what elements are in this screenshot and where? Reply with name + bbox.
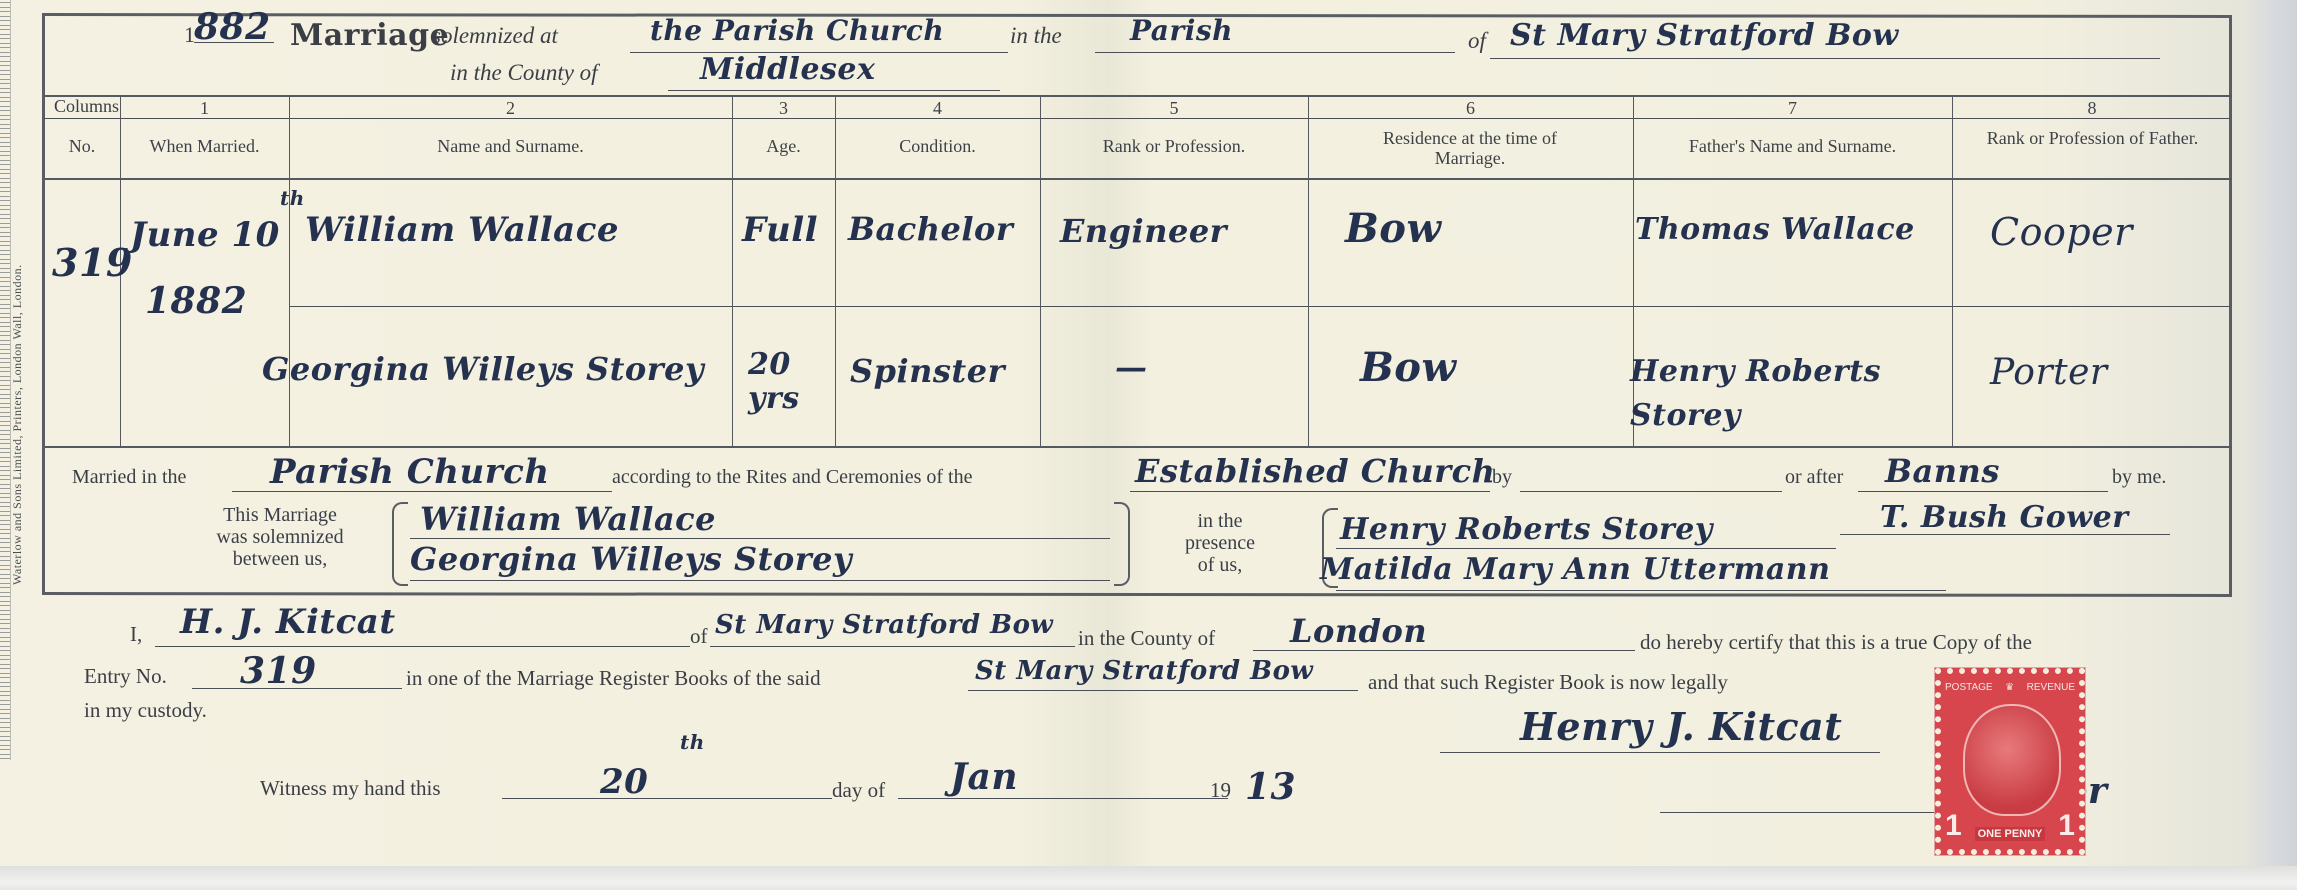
groom-father-name: Thomas Wallace bbox=[1635, 212, 1915, 247]
solemnized-at-label: solemnized at bbox=[432, 23, 558, 49]
stamp-value-left: 1 bbox=[1945, 811, 1962, 841]
entry-number: 319 bbox=[52, 240, 133, 285]
rites-value: Established Church bbox=[1135, 452, 1495, 490]
or-after-value: Banns bbox=[1885, 452, 2000, 490]
when-married-date: June 10 bbox=[130, 215, 280, 255]
stamp-caption: ONE PENNY bbox=[1975, 827, 2046, 841]
column-number-1: 1 bbox=[120, 98, 289, 119]
in-the-label: in the bbox=[1010, 23, 1062, 49]
register-value: St Mary Stratford Bow bbox=[975, 656, 1313, 686]
certify-text: do hereby certify that this is a true Co… bbox=[1640, 630, 2032, 655]
solemnized-at-value: the Parish Church bbox=[650, 14, 944, 47]
when-married-superscript: th bbox=[280, 186, 305, 210]
entry-no-value: 319 bbox=[240, 650, 317, 692]
day-of-label: day of bbox=[832, 778, 885, 803]
column-number-7: 7 bbox=[1633, 98, 1952, 119]
bride-father-rank: Porter bbox=[1990, 352, 2108, 393]
bride-condition: Spinster bbox=[850, 352, 1005, 390]
header-rank: Rank or Profession. bbox=[1040, 136, 1308, 156]
bride-father-name: Henry Roberts Storey bbox=[1630, 350, 1930, 438]
stamp-postage-label: POSTAGE bbox=[1945, 682, 1993, 693]
by-label: by bbox=[1492, 466, 1512, 489]
revenue-stamp: POSTAGE ♛ REVENUE 1 ONE PENNY 1 bbox=[1935, 668, 2085, 855]
title-marriage: Marriage bbox=[290, 18, 449, 53]
witness-2-signature: Matilda Mary Ann Uttermann bbox=[1320, 552, 1830, 587]
entry-no-label: Entry No. bbox=[84, 664, 167, 689]
married-in-value: Parish Church bbox=[270, 452, 550, 492]
of-label: of bbox=[1468, 28, 1486, 54]
header-residence: Residence at the time of Marriage. bbox=[1360, 128, 1580, 168]
party-groom-signature: William Wallace bbox=[420, 500, 716, 538]
header-age: Age. bbox=[732, 136, 835, 156]
custody-text: in my custody. bbox=[84, 698, 207, 723]
groom-name: William Wallace bbox=[305, 210, 619, 250]
year-prefix-printed: 19 bbox=[1210, 778, 1231, 803]
columns-label: Columns bbox=[54, 96, 119, 117]
page-shadow-bottom bbox=[0, 866, 2297, 890]
column-number-2: 2 bbox=[289, 98, 732, 119]
year-value: 13 bbox=[1245, 766, 1296, 808]
stamp-revenue-label: REVENUE bbox=[2027, 682, 2075, 693]
solemnized-between-label: This Marriage was solemnized between us, bbox=[200, 504, 360, 570]
day-superscript: th bbox=[680, 730, 705, 754]
groom-age: Full bbox=[742, 210, 818, 250]
day-value: 20 bbox=[600, 762, 648, 802]
groom-father-rank: Cooper bbox=[1990, 210, 2133, 254]
county-value: Middlesex bbox=[700, 52, 875, 87]
by-me-label: by me. bbox=[2112, 466, 2166, 489]
king-portrait-icon bbox=[1963, 704, 2061, 816]
column-number-6: 6 bbox=[1308, 98, 1633, 119]
or-after-label: or after bbox=[1785, 466, 1843, 489]
presence-label: in the presence of us, bbox=[1175, 510, 1265, 576]
header-no: No. bbox=[44, 136, 120, 156]
month-value: Jan bbox=[950, 756, 1018, 798]
header-when-married: When Married. bbox=[120, 136, 289, 156]
bride-residence: Bow bbox=[1360, 344, 1456, 391]
certifier-label: I, bbox=[130, 622, 142, 647]
header-name: Name and Surname. bbox=[289, 136, 732, 156]
party-bride-signature: Georgina Willeys Storey bbox=[410, 540, 852, 578]
of-value: St Mary Stratford Bow bbox=[1510, 18, 1899, 53]
column-number-3: 3 bbox=[732, 98, 835, 119]
officiant-signature: T. Bush Gower bbox=[1880, 500, 2129, 535]
when-married-year: 1882 bbox=[145, 280, 247, 322]
register-text: in one of the Marriage Register Books of… bbox=[406, 666, 821, 691]
cert-county-label: in the County of bbox=[1078, 626, 1215, 651]
column-number-4: 4 bbox=[835, 98, 1040, 119]
left-brace-icon bbox=[392, 502, 408, 586]
in-the-value: Parish bbox=[1130, 14, 1233, 47]
stamp-value-right: 1 bbox=[2058, 811, 2075, 841]
rites-label: according to the Rites and Ceremonies of… bbox=[612, 466, 972, 489]
witness-hand-label: Witness my hand this bbox=[260, 776, 441, 801]
groom-residence: Bow bbox=[1345, 205, 1441, 252]
column-number-8: 8 bbox=[1952, 98, 2232, 119]
right-brace-icon bbox=[1114, 502, 1130, 586]
rector-signature: Henry J. Kitcat bbox=[1520, 704, 1842, 749]
certifier-name: H. J. Kitcat bbox=[180, 602, 396, 642]
bride-rank: — bbox=[1115, 348, 1148, 386]
page-shadow-right bbox=[2240, 0, 2297, 890]
column-number-5: 5 bbox=[1040, 98, 1308, 119]
bride-name: Georgina Willeys Storey bbox=[262, 350, 704, 388]
legally-text: and that such Register Book is now legal… bbox=[1368, 670, 1728, 695]
header-father-rank: Rank or Profession of Father. bbox=[1975, 128, 2210, 148]
witness-1-signature: Henry Roberts Storey bbox=[1340, 512, 1713, 547]
groom-rank: Engineer bbox=[1060, 212, 1227, 250]
header-condition: Condition. bbox=[835, 136, 1040, 156]
cert-of-value: St Mary Stratford Bow bbox=[715, 610, 1053, 640]
crown-icon: ♛ bbox=[2005, 682, 2014, 693]
cert-of-label: of bbox=[690, 624, 708, 649]
header-father-name: Father's Name and Surname. bbox=[1633, 136, 1952, 156]
bride-age: 20 yrs bbox=[748, 348, 818, 416]
cert-county-value: London bbox=[1290, 612, 1427, 650]
groom-condition: Bachelor bbox=[848, 210, 1013, 248]
county-label: in the County of bbox=[450, 60, 598, 86]
married-in-label: Married in the bbox=[72, 466, 186, 489]
printer-imprint: Waterlow and Sons Limited, Printers, Lon… bbox=[10, 264, 25, 585]
